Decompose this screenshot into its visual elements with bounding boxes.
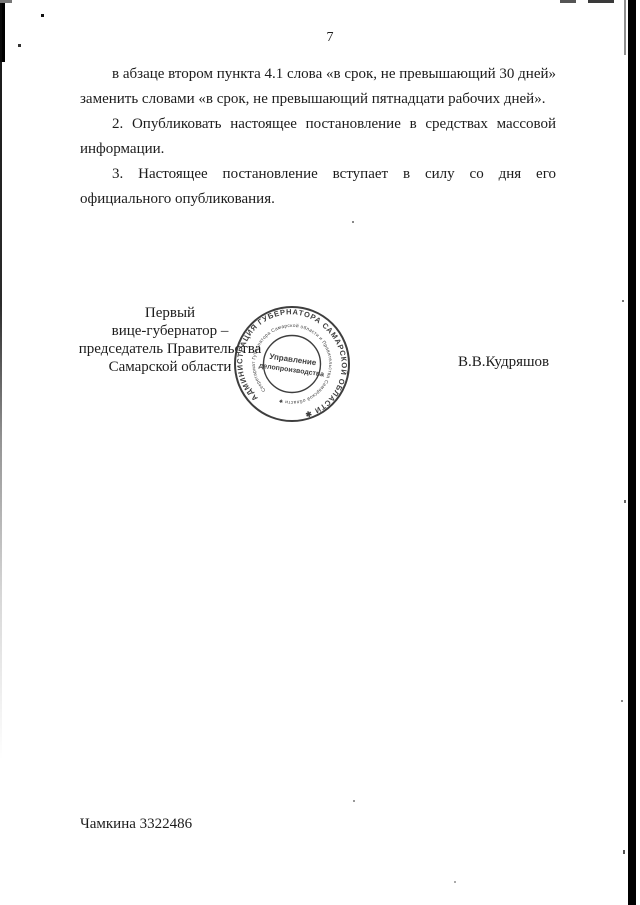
signer-name: В.В.Кудряшов	[458, 354, 549, 371]
scan-artifact-right-stub	[624, 0, 626, 55]
paragraph-line: 2. Опубликовать настоящее постановление …	[80, 112, 556, 137]
scan-artifact-top-dash	[560, 0, 576, 3]
scanned-document-page: 7 в абзаце втором пункта 4.1 слова «в ср…	[0, 0, 640, 905]
document-body: в абзаце втором пункта 4.1 слова «в срок…	[80, 62, 556, 212]
official-round-stamp: АДМИНИСТРАЦИЯ ГУБЕРНАТОРА САМАРСКОЙ ОБЛА…	[232, 304, 352, 424]
scan-speck	[454, 881, 456, 883]
paragraph-line: официального опубликования.	[80, 187, 556, 212]
paragraph-line: информации.	[80, 137, 556, 162]
page-number: 7	[300, 30, 360, 46]
scan-speck	[353, 800, 355, 802]
scan-speck	[18, 44, 21, 47]
scan-artifact-top-dash	[588, 0, 614, 3]
scan-speck	[622, 300, 624, 302]
paragraph-line: 3. Настоящее постановление вступает в си…	[80, 162, 556, 187]
scan-artifact-left-line	[0, 0, 2, 760]
scan-artifact-top-dash	[0, 0, 12, 3]
paragraph-line: в абзаце втором пункта 4.1 слова «в срок…	[80, 62, 556, 87]
executor-contact: Чамкина 3322486	[80, 816, 192, 833]
scan-artifact-right-bar	[628, 0, 636, 905]
scan-speck	[624, 500, 626, 503]
paragraph-line: заменить словами «в срок, не превышающий…	[80, 87, 556, 112]
scan-speck	[352, 221, 354, 223]
scan-speck	[41, 14, 44, 17]
scan-speck	[621, 700, 623, 702]
scan-speck	[623, 850, 625, 854]
